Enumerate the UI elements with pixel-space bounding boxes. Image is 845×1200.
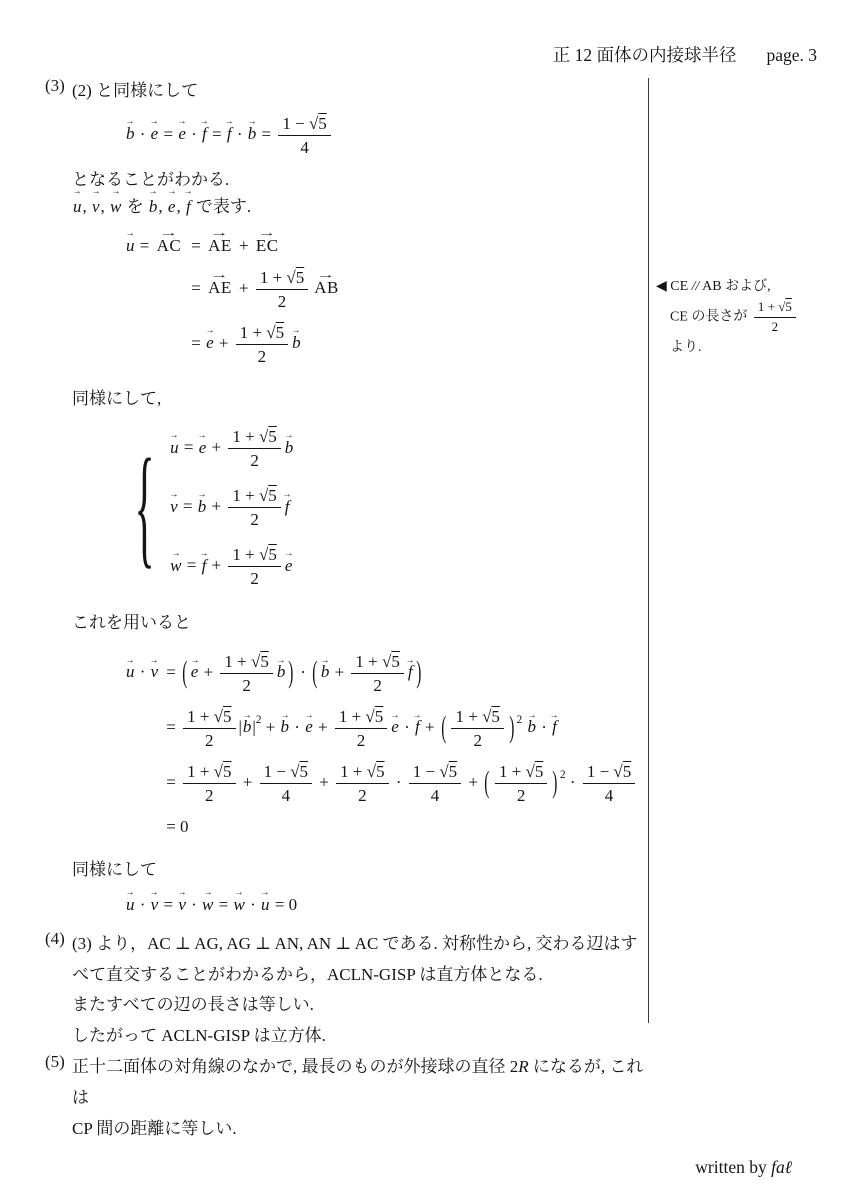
case-equation: u = e + 1 + √52b — [169, 419, 294, 478]
derivation-u-row: = AE + EC — [191, 230, 342, 262]
item-5: (5) 正十二面体の対角線のなかで, 最長のものが外接球の直径 2R になるが,… — [45, 1052, 649, 1145]
item-3-intro: (2) と同様にして — [72, 78, 649, 104]
item-4-line: またすべての辺の長さは等しい. — [72, 990, 649, 1021]
derivation-u-row: = e + 1 + √52b — [191, 317, 342, 372]
equation-dot-products: b · e = e · f = f · b = 1 − √54 — [125, 114, 649, 157]
margin-note-line: CE の長さが 1 + √52 — [656, 300, 840, 334]
item-4-label: (4) — [45, 929, 72, 949]
cases-brace: { — [135, 441, 155, 575]
footer-prefix: written by — [695, 1157, 771, 1177]
item-5-label: (5) — [45, 1052, 72, 1072]
margin-note: ◀ CE // AB および, CE の長さが 1 + √52 より. — [656, 276, 840, 361]
item-3-using-this: これを用いると — [72, 610, 649, 636]
derivation-u-row: = AE + 1 + √52AB — [191, 262, 342, 317]
margin-note-line: ◀ CE // AB および, — [656, 276, 840, 297]
item-5-line: CP 間の距離に等しい. — [72, 1114, 649, 1145]
footer-author: faℓ — [771, 1157, 792, 1177]
item-3-express-line: u, v, w を b, e, f で表す. — [72, 194, 649, 220]
item-5-line: 正十二面体の対角線のなかで, 最長のものが外接球の直径 2R になるが, これは — [72, 1052, 649, 1114]
equation-all-zero: u · v = v · w = w · u = 0 — [125, 895, 649, 915]
derivation-uv-row: = (e + 1 + √52b) · (b + 1 + √52f) — [166, 646, 638, 701]
derivation-u-lhs: u = AC — [125, 230, 184, 262]
doc-title: 正 12 面体の内接球半径 — [553, 45, 737, 65]
item-4: (4) (3) より，AC ⊥ AG, AG ⊥ AN, AN ⊥ AC である… — [45, 929, 649, 1053]
page-footer: written by faℓ — [695, 1157, 792, 1178]
item-4-line: したがって ACLN-GISP は立方体. — [72, 1021, 649, 1052]
document-page: 正 12 面体の内接球半径page. 3 ◀ CE // AB および, CE … — [0, 0, 845, 1200]
case-equation: w = f + 1 + √52e — [169, 537, 294, 596]
item-4-line: (3) より，AC ⊥ AG, AG ⊥ AN, AN ⊥ AC である. 対称… — [72, 929, 649, 960]
item-3-similarly-1: 同様にして, — [72, 386, 649, 412]
derivation-u: u = AC = AE + EC = AE + 1 + √52AB = e + … — [125, 230, 649, 372]
derivation-uv-row: = 1 + √52 + 1 − √54 + 1 + √52 · 1 − √54 … — [166, 756, 638, 811]
item-3: (3) (2) と同様にして b · e = e · f = f · b = 1… — [45, 76, 649, 915]
margin-note-line: より. — [656, 337, 840, 358]
derivation-uv-row: = 0 — [166, 811, 638, 843]
cases-system: { u = e + 1 + √52b v = b + 1 + √52f w = … — [132, 419, 649, 596]
derivation-uv-lhs: u · v — [125, 656, 159, 688]
case-equation: v = b + 1 + √52f — [169, 478, 294, 537]
item-4-line: べて直交することがわかるから，ACLN-GISP は直方体となる. — [72, 960, 649, 991]
main-content: (3) (2) と同様にして b · e = e · f = f · b = 1… — [45, 76, 649, 1145]
derivation-uv: u · v = (e + 1 + √52b) · (b + 1 + √52f) … — [125, 646, 649, 843]
page-header: 正 12 面体の内接球半径page. 3 — [553, 42, 817, 67]
item-3-similarly-2: 同様にして — [72, 857, 649, 883]
derivation-uv-row: = 1 + √52|b|2 + b · e + 1 + √52e · f + (… — [166, 701, 638, 756]
item-3-label: (3) — [45, 76, 72, 96]
page-number: page. 3 — [766, 45, 817, 65]
item-3-after-eq: となることがわかる. — [72, 167, 649, 193]
